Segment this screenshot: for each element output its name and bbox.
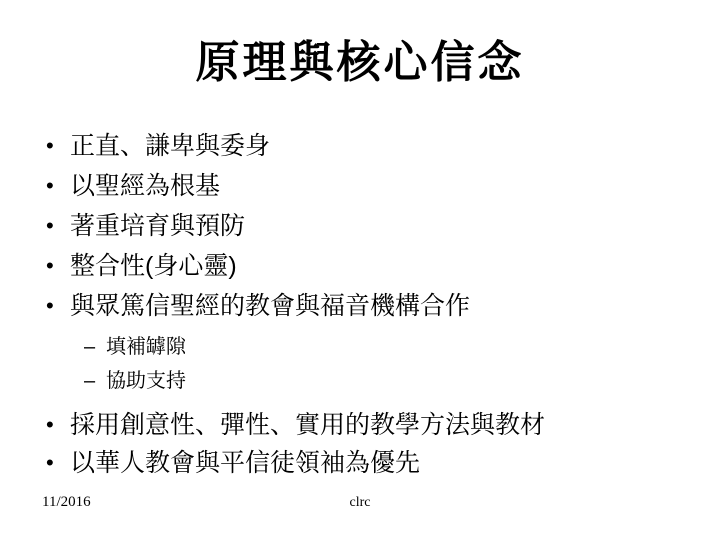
bullet-text: 採用創意性、彈性、實用的教學方法與教材 [70,406,545,444]
bullet-item: • 正直、謙卑與委身 [44,126,704,166]
bullet-dot-icon: • [44,246,70,286]
bullet-text: 以聖經為根基 [70,166,220,206]
bullet-dot-icon: • [44,206,70,246]
sub-bullet-text: 填補罅隙 [106,330,186,364]
bullet-text: 正直、謙卑與委身 [70,126,270,166]
footer-label: clrc [0,495,720,511]
bullet-item: • 與眾篤信聖經的教會與福音機構合作 [44,286,704,326]
bullet-dot-icon: • [44,444,70,482]
slide-body: • 正直、謙卑與委身 • 以聖經為根基 • 著重培育與預防 • 整合性(身心靈)… [44,126,704,482]
bullet-text: 著重培育與預防 [70,206,245,246]
bullet-text: 整合性(身心靈) [70,246,237,286]
bullet-item: • 以聖經為根基 [44,166,704,206]
bullet-dot-icon: • [44,406,70,444]
slide-title: 原理與核心信念 [0,38,720,88]
bullet-item: • 著重培育與預防 [44,206,704,246]
bullet-text: 與眾篤信聖經的教會與福音機構合作 [70,286,470,326]
bullet-item: • 以華人教會與平信徒領袖為優先 [44,444,704,482]
bullet-dot-icon: • [44,286,70,326]
bullet-dot-icon: • [44,166,70,206]
bullet-text: 以華人教會與平信徒領袖為優先 [70,444,420,482]
dash-icon: – [82,330,106,364]
dash-icon: – [82,364,106,398]
sub-bullet-item: – 填補罅隙 [82,330,704,364]
bullet-dot-icon: • [44,126,70,166]
bullet-item: • 採用創意性、彈性、實用的教學方法與教材 [44,406,704,444]
bullet-item: • 整合性(身心靈) [44,246,704,286]
sub-bullet-text: 協助支持 [106,364,186,398]
sub-bullet-item: – 協助支持 [82,364,704,398]
slide: 原理與核心信念 • 正直、謙卑與委身 • 以聖經為根基 • 著重培育與預防 • … [0,0,720,540]
